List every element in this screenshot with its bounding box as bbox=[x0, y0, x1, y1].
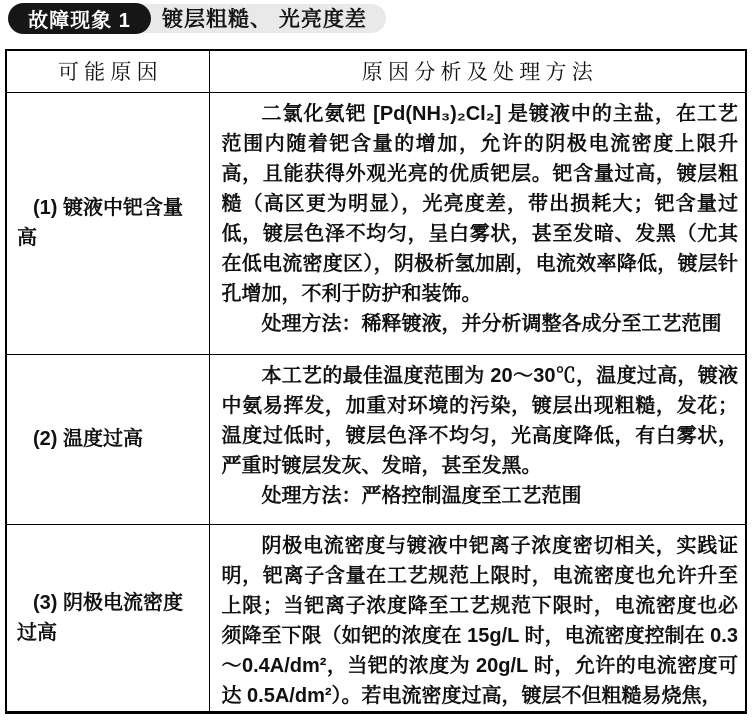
cause-text: (2) 温度过高 bbox=[17, 424, 185, 454]
analysis-paragraph: 阴极电流密度与镀液中钯离子浓度密切相关，实践证明，钯离子含量在工艺规范上限时，电… bbox=[222, 531, 739, 711]
table-header-row: 可 能 原 因 原 因 分 析 及 处 理 方 法 bbox=[6, 50, 746, 92]
column-header-cause: 可 能 原 因 bbox=[6, 50, 209, 92]
treatment-paragraph: 处理方法：稀释镀液，并分析调整各成分至工艺范围 bbox=[222, 309, 739, 339]
table-row: (2) 温度过高 本工艺的最佳温度范围为 20～30℃，温度过高，镀液中氨易挥发… bbox=[6, 354, 746, 524]
treatment-paragraph: 处理方法：严格控制温度至工艺范围 bbox=[222, 481, 739, 511]
analysis-cell: 阴极电流密度与镀液中钯离子浓度密切相关，实践证明，钯离子含量在工艺规范上限时，电… bbox=[209, 524, 746, 712]
fault-badge: 故障现象 1 bbox=[8, 3, 151, 34]
fault-title: 镀层粗糙、 光亮度差 bbox=[162, 3, 367, 27]
fault-badge-label: 故障现象 1 bbox=[28, 4, 131, 33]
analysis-cell: 本工艺的最佳温度范围为 20～30℃，温度过高，镀液中氨易挥发，加重对环境的污染… bbox=[209, 354, 746, 524]
fault-header: 故障现象 1 镀层粗糙、 光亮度差 bbox=[0, 0, 752, 40]
analysis-paragraph: 二氯化氨钯 [Pd(NH₃)₂Cl₂] 是镀液中的主盐，在工艺范围内随着钯含量的… bbox=[222, 99, 739, 309]
cause-text: (1) 镀液中钯含量高 bbox=[17, 193, 185, 253]
cause-cell: (2) 温度过高 bbox=[6, 354, 209, 524]
fault-table: 可 能 原 因 原 因 分 析 及 处 理 方 法 (1) 镀液中钯含量高 二氯… bbox=[5, 49, 747, 714]
cause-cell: (1) 镀液中钯含量高 bbox=[6, 92, 209, 354]
page: 故障现象 1 镀层粗糙、 光亮度差 可 能 原 因 原 因 分 析 及 处 理 … bbox=[0, 0, 752, 724]
analysis-paragraph: 本工艺的最佳温度范围为 20～30℃，温度过高，镀液中氨易挥发，加重对环境的污染… bbox=[222, 361, 739, 481]
table-row: (1) 镀液中钯含量高 二氯化氨钯 [Pd(NH₃)₂Cl₂] 是镀液中的主盐，… bbox=[6, 92, 746, 354]
table-row: (3) 阴极电流密度过高 阴极电流密度与镀液中钯离子浓度密切相关，实践证明，钯离… bbox=[6, 524, 746, 712]
analysis-cell: 二氯化氨钯 [Pd(NH₃)₂Cl₂] 是镀液中的主盐，在工艺范围内随着钯含量的… bbox=[209, 92, 746, 354]
cause-text: (3) 阴极电流密度过高 bbox=[17, 588, 185, 648]
cause-cell: (3) 阴极电流密度过高 bbox=[6, 524, 209, 712]
column-header-analysis: 原 因 分 析 及 处 理 方 法 bbox=[209, 50, 746, 92]
